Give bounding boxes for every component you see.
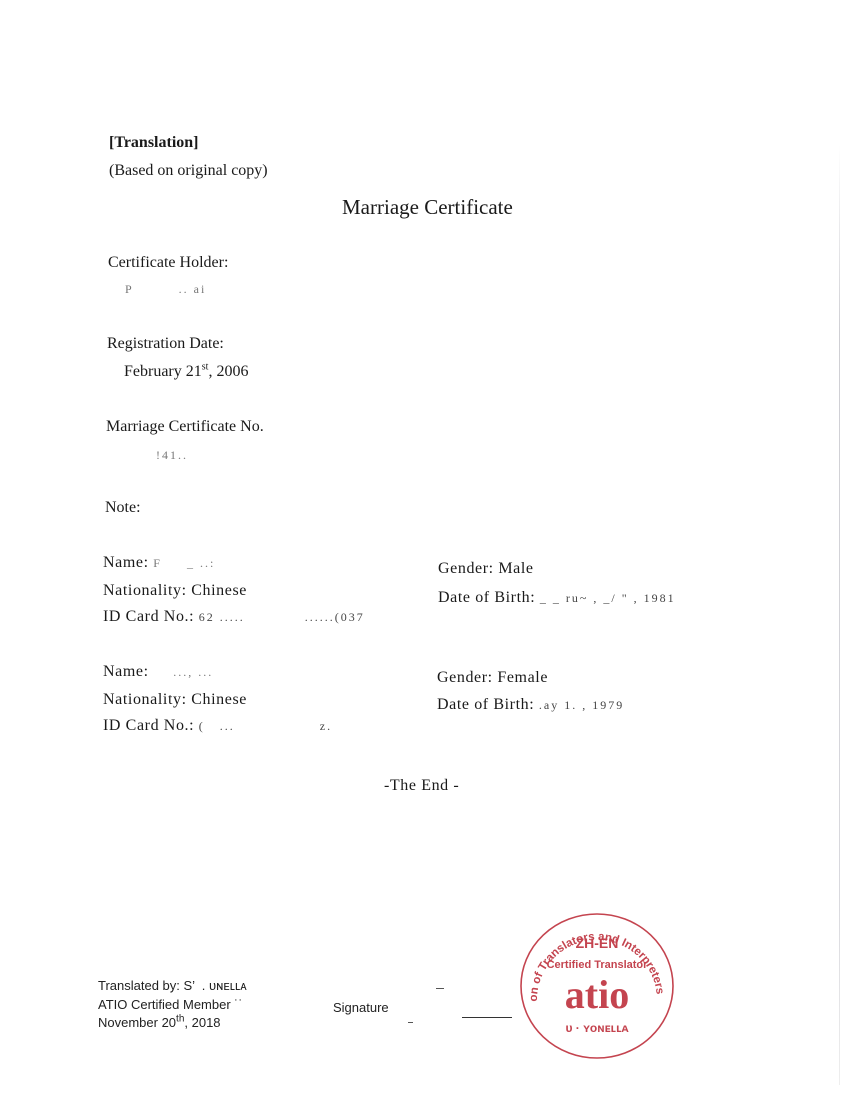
svg-text:Certified Translator: Certified Translator <box>547 959 649 971</box>
translation-tag: [Translation] <box>109 134 198 152</box>
signature-mark <box>436 988 444 989</box>
person-1-id-card: ID Card No.: 62 ..... ......(037 <box>103 608 365 626</box>
signature-label: Signature <box>333 1000 389 1015</box>
certificate-holder-label: Certificate Holder: <box>108 254 228 272</box>
based-on-original-note: (Based on original copy) <box>109 162 268 180</box>
person-2-nationality: Nationality: Chinese <box>103 691 247 709</box>
svg-text:ZH-EN: ZH-EN <box>576 935 619 951</box>
translation-date: November 20th, 2018 <box>98 1015 221 1030</box>
registration-date-label: Registration Date: <box>107 335 224 353</box>
scan-edge-line <box>839 145 840 1085</box>
person-1-gender: Gender: Male <box>438 560 534 578</box>
translated-by: Translated by: S’ . ᴜɴᴇʟʟᴀ <box>98 978 247 993</box>
person-2-gender: Gender: Female <box>437 669 548 687</box>
person-2-id-card: ID Card No.: ( ... z. <box>103 717 332 735</box>
person-1-name: Name: F _ ..: <box>103 554 215 572</box>
end-marker: -The End - <box>384 777 459 795</box>
certificate-holder-value: P .. ai <box>125 282 206 297</box>
note-label: Note: <box>105 499 141 517</box>
signature-line <box>462 1017 512 1018</box>
document-title: Marriage Certificate <box>342 195 513 220</box>
person-2-name: Name: ..., ... <box>103 663 213 681</box>
signature-mark <box>408 1022 413 1023</box>
certificate-number-label: Marriage Certificate No. <box>106 418 264 436</box>
person-1-nationality: Nationality: Chinese <box>103 582 247 600</box>
certificate-number-value: !41.. <box>156 448 188 463</box>
stamp-seal-icon: Association of Translators and Interpret… <box>517 908 675 1060</box>
atio-certification-stamp: Association of Translators and Interpret… <box>517 908 675 1060</box>
svg-text:atio: atio <box>565 972 629 1017</box>
person-2-date-of-birth: Date of Birth: .ay 1. , 1979 <box>437 696 624 714</box>
atio-member: ATIO Certified Member ˙˙ <box>98 997 243 1012</box>
person-1-date-of-birth: Date of Birth: _ _ ru~ , _/ " , 1981 <box>438 589 676 607</box>
svg-text:ᴜ · ʏᴏɴᴇʟʟᴀ: ᴜ · ʏᴏɴᴇʟʟᴀ <box>565 1021 629 1035</box>
registration-date-value: February 21st, 2006 <box>124 363 248 381</box>
